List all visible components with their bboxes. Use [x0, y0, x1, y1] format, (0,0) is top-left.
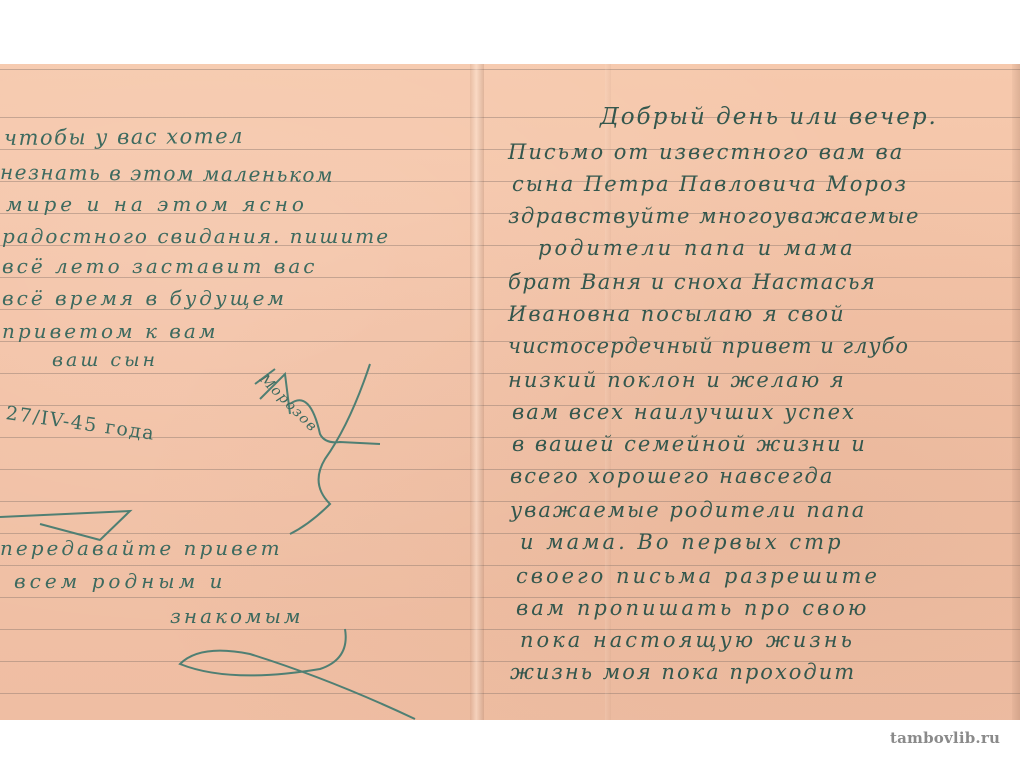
closing-flourish — [170, 624, 430, 720]
right-line-9: низкий поклон и желаю я — [508, 368, 846, 392]
paper-edge — [1012, 64, 1020, 720]
closing-line-2: всем родным и — [14, 569, 226, 593]
right-line-8: чистосердечный привет и глубо — [508, 334, 909, 358]
right-line-1: Добрый день или вечер. — [600, 104, 938, 130]
right-line-15: своего письма разрешите — [516, 564, 880, 588]
right-line-10: вам всех наилучших успех — [512, 400, 856, 424]
left-line-3: мире и на этом ясно — [6, 192, 308, 216]
right-line-16: вам пропишать про свою — [516, 596, 869, 620]
right-line-4: здравствуйте многоуважаемые — [508, 204, 920, 228]
left-line-7: приветом к вам — [2, 319, 218, 343]
date-underline — [0, 484, 170, 544]
closing-line-1: передавайте привет — [0, 536, 283, 560]
right-line-5: родители папа и мама — [538, 236, 856, 260]
right-line-2: Письмо от известного вам ва — [508, 140, 904, 164]
right-line-11: в вашей семейной жизни и — [512, 432, 867, 456]
right-line-12: всего хорошего навсегда — [510, 464, 834, 488]
right-line-18: жизнь моя пока проходит — [510, 660, 856, 684]
right-line-14: и мама. Во первых стр — [520, 530, 844, 554]
left-line-1: чтобы у вас хотел — [4, 124, 244, 150]
right-line-6: брат Ваня и сноха Настасья — [508, 270, 876, 294]
right-line-7: Ивановна посылаю я свой — [508, 302, 846, 326]
left-line-2: незнать в этом маленьком — [0, 160, 334, 187]
left-line-6: всё время в будущем — [2, 286, 287, 310]
letter-date: 27/IV-45 года — [4, 402, 156, 445]
left-line-4: радостного свидания. пишите — [2, 224, 390, 248]
left-line-8: ваш сын — [52, 349, 158, 371]
right-line-3: сына Петра Павловича Мороз — [512, 172, 908, 196]
right-line-13: уважаемые родители папа — [510, 498, 866, 522]
left-line-5: всё лето заставит вас — [2, 254, 318, 278]
center-fold — [470, 64, 484, 720]
watermark: tambovlib.ru — [890, 729, 1000, 747]
letter-paper: чтобы у вас хотел незнать в этом маленьк… — [0, 64, 1020, 720]
right-line-17: пока настоящую жизнь — [520, 628, 855, 652]
